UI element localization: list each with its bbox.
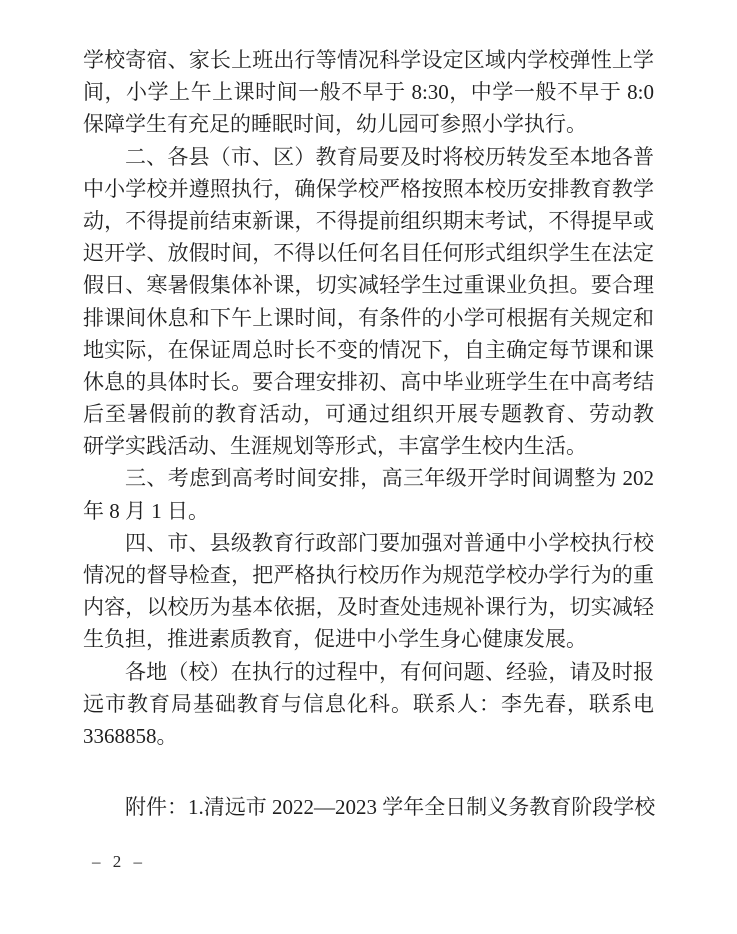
text-line: 各地（校）在执行的过程中，有何问题、经验，请及时报清: [83, 656, 654, 688]
text-line: 中小学校并遵照执行，确保学校严格按照本校历安排教育教学活: [83, 173, 654, 205]
contact-phone-line: 3368858。: [83, 720, 654, 752]
text-line: 假日、寒暑假集体补课，切实减轻学生过重课业负担。要合理安: [83, 269, 654, 301]
text-line: 情况的督导检查，把严格执行校历作为规范学校办学行为的重要: [83, 559, 654, 591]
text-line: 年 8 月 1 日。: [83, 495, 654, 527]
paragraph-continuation: 学校寄宿、家长上班出行等情况科学设定区域内学校弹性上学时 间，小学上午上课时间一…: [83, 44, 654, 141]
text-line: 地实际，在保证周总时长不变的情况下，自主确定每节课和课间: [83, 334, 654, 366]
text-line: 间，小学上午上课时间一般不早于 8:30，中学一般不早于 8:00，: [83, 76, 654, 108]
page-number: – 2 –: [92, 852, 146, 872]
paragraph-item-2: 二、各县（市、区）教育局要及时将校历转发至本地各普通 中小学校并遵照执行，确保学…: [83, 141, 654, 463]
text-line: 保障学生有充足的睡眠时间，幼儿园可参照小学执行。: [83, 108, 654, 140]
text-line: 研学实践活动、生涯规划等形式，丰富学生校内生活。: [83, 430, 654, 462]
text-line: 休息的具体时长。要合理安排初、高中毕业班学生在中高考结束: [83, 366, 654, 398]
text-line: 二、各县（市、区）教育局要及时将校历转发至本地各普通: [83, 141, 654, 173]
text-line: 迟开学、放假时间，不得以任何名目任何形式组织学生在法定节: [83, 237, 654, 269]
text-line: 学校寄宿、家长上班出行等情况科学设定区域内学校弹性上学时: [83, 44, 654, 76]
text-line: 三、考虑到高考时间安排，高三年级开学时间调整为 2022: [83, 462, 654, 494]
document-body: 学校寄宿、家长上班出行等情况科学设定区域内学校弹性上学时 间，小学上午上课时间一…: [83, 44, 654, 823]
paragraph-contact: 各地（校）在执行的过程中，有何问题、经验，请及时报清 远市教育局基础教育与信息化…: [83, 656, 654, 753]
text-line: 四、市、县级教育行政部门要加强对普通中小学校执行校历: [83, 527, 654, 559]
attachment-line: 附件：1.清远市 2022—2023 学年全日制义务教育阶段学校: [83, 791, 654, 823]
document-page: 学校寄宿、家长上班出行等情况科学设定区域内学校弹性上学时 间，小学上午上课时间一…: [0, 0, 737, 934]
text-line: 动，不得提前结束新课，不得提前组织期末考试，不得提早或推: [83, 205, 654, 237]
text-line: 后至暑假前的教育活动，可通过组织开展专题教育、劳动教育、: [83, 398, 654, 430]
attachment-section: 附件：1.清远市 2022—2023 学年全日制义务教育阶段学校: [83, 791, 654, 823]
text-line: 远市教育局基础教育与信息化科。联系人：李先春，联系电话：: [83, 688, 654, 720]
paragraph-item-4: 四、市、县级教育行政部门要加强对普通中小学校执行校历 情况的督导检查，把严格执行…: [83, 527, 654, 656]
text-line: 内容，以校历为基本依据，及时查处违规补课行为，切实减轻学: [83, 591, 654, 623]
text-line: 排课间休息和下午上课时间，有条件的小学可根据有关规定和当: [83, 302, 654, 334]
paragraph-item-3: 三、考虑到高考时间安排，高三年级开学时间调整为 2022 年 8 月 1 日。: [83, 462, 654, 526]
text-line: 生负担，推进素质教育，促进中小学生身心健康发展。: [83, 623, 654, 655]
